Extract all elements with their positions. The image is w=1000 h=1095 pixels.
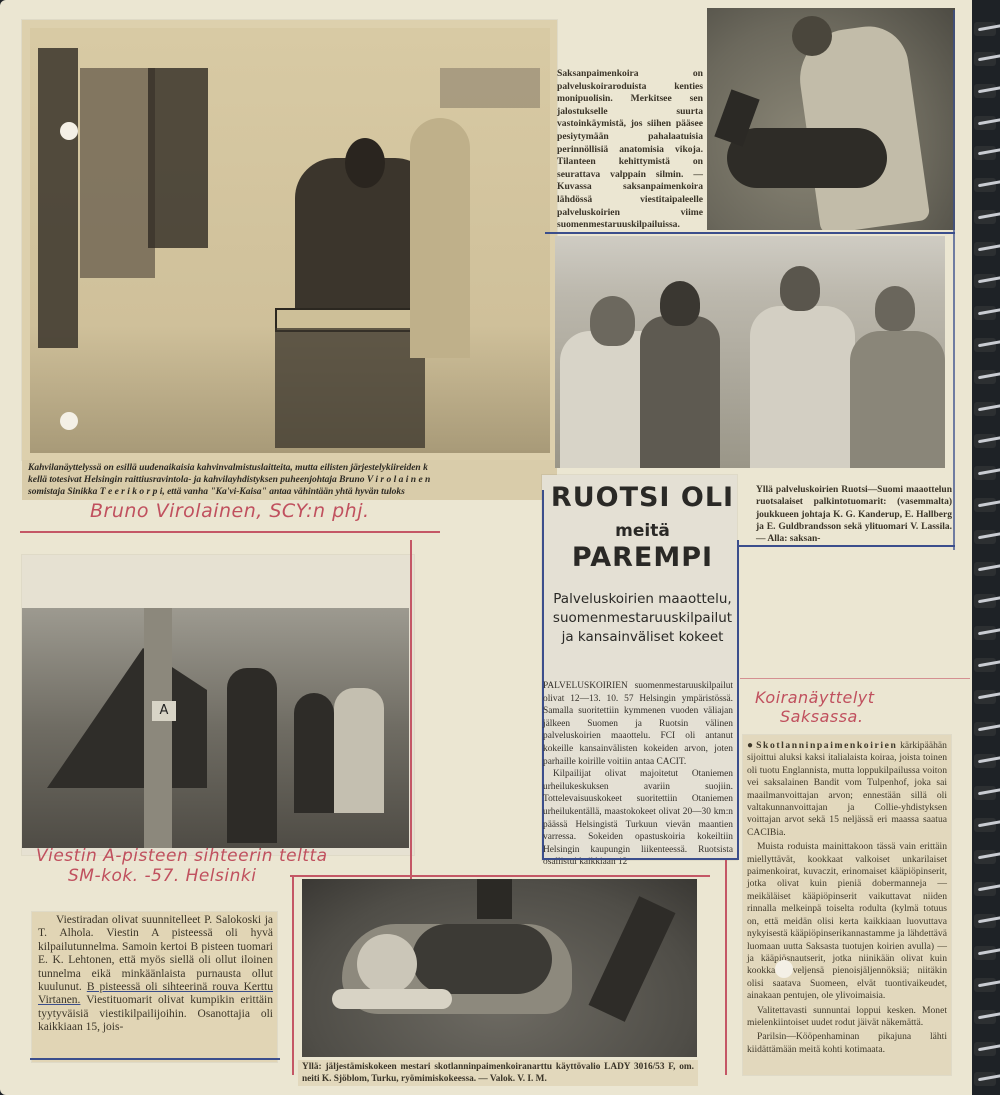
coffee-exhibition-clipping [22,20,557,460]
spiral-binding [960,0,1000,1095]
punch-hole [60,412,78,430]
red-line [725,860,727,1075]
article-body: PALVELUSKOIRIEN suomenmestaruuskilpailut… [543,680,733,869]
blue-line [542,858,738,860]
relay-text-body: Viestiradan olivat suunnitelleet P. Salo… [38,914,273,1035]
german-shepherd-photo [707,8,955,230]
article-headline-line3: PAREMPI [545,542,740,573]
scrapbook-page: Kahvilanäyttelyssä on esillä uudenaikais… [0,0,972,1095]
punch-hole [60,122,78,140]
red-line [740,678,970,679]
punch-hole [775,960,793,978]
article-subheadline: Palveluskoirien maaottelu, suomenmestaru… [545,590,740,647]
blue-line [953,10,955,550]
article-headline-line1: RUOTSI OLI [545,482,740,513]
blue-line [737,540,739,860]
german-shepherd-caption: Saksanpaimenkoira on palveluskoiraroduis… [557,68,703,232]
handwritten-note-dogshows-line2: Saksassa. [780,707,863,726]
red-line [290,875,710,877]
handwritten-note-dogshows-line1: Koiranäyttelyt [755,688,875,707]
bullet-icon: ● [747,740,753,751]
red-line [292,875,294,1075]
collie-photo [302,879,697,1057]
blue-line [545,232,955,234]
blue-line [735,545,955,547]
handwritten-note-bruno: Bruno Virolainen, SCY:n phj. [90,500,370,522]
red-underline [20,531,440,533]
handwritten-note-tent-line1: Viestin A-pisteen sihteerin teltta [36,846,328,866]
blue-line [30,1058,280,1060]
judges-caption: Yllä palveluskoirien Ruotsi—Suomi maaott… [756,484,952,545]
judges-photo [555,236,945,468]
red-line [410,540,412,880]
relay-tent-photo: A [22,608,409,848]
collie-caption: Yllä: jäljestämiskokeen mestari skotlann… [298,1060,698,1086]
dog-shows-body: ● Skotlanninpaimenkoirien kärkipäähän si… [747,740,947,1056]
handwritten-note-tent-line2: SM-kok. -57. Helsinki [68,866,256,886]
article-headline-line2: meitä [545,521,740,541]
checkpoint-a-sign: A [152,701,176,721]
coffee-exhibition-photo [30,28,550,453]
coffee-exhibition-caption: Kahvilanäyttelyssä on esillä uudenaikais… [22,460,557,500]
